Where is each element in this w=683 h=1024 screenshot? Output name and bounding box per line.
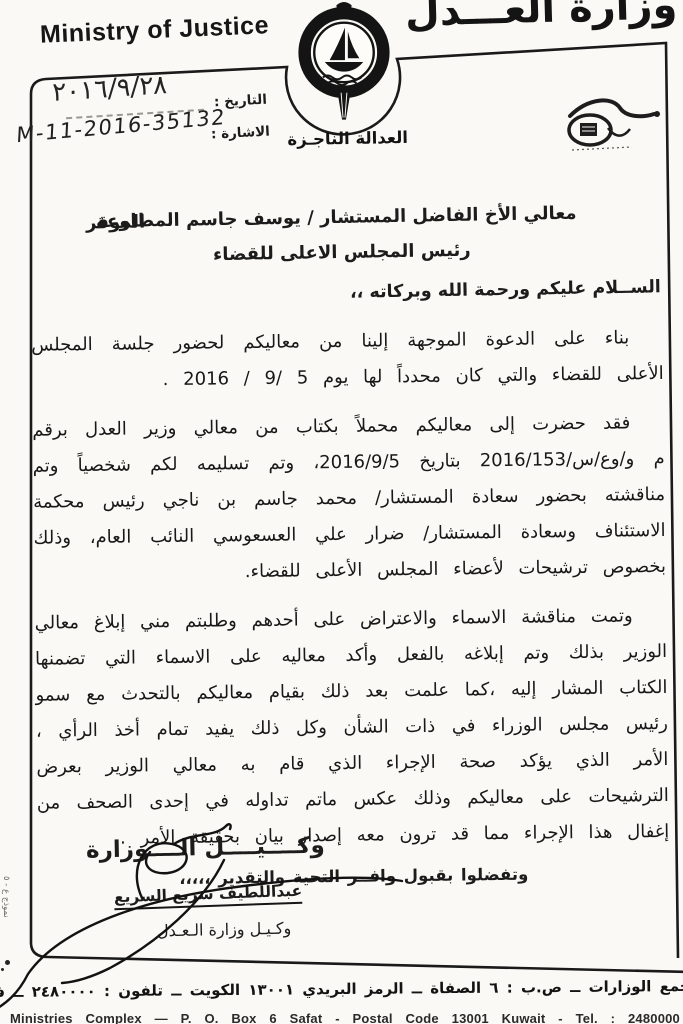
motto-prompt-justice: العدالة الناجـزة [288, 128, 408, 149]
honorific: الموقر [86, 211, 146, 233]
kuwait-coat-of-arms-emblem [296, 0, 392, 126]
scan-speck [1, 968, 4, 971]
letter-body: بناء على الدعوة الموجهة إلينا من معاليكم… [31, 320, 670, 890]
calligraphic-stamp-mark [560, 92, 668, 158]
scan-speck [5, 960, 10, 965]
footer-address-english: Ministries Complex — P. O. Box 6 Safat -… [10, 1011, 683, 1024]
scanned-letter-page: Ministry of Justice وزارة العـــدل العدا… [0, 0, 683, 1024]
margin-form-note: نموذج ع - ٥ [1, 876, 11, 918]
body-paragraph-2: فقد حضرت إلى معاليكم محملاً بكتاب من معا… [32, 405, 666, 593]
body-paragraph-1: بناء على الدعوة الموجهة إلينا من معاليكم… [31, 320, 664, 400]
